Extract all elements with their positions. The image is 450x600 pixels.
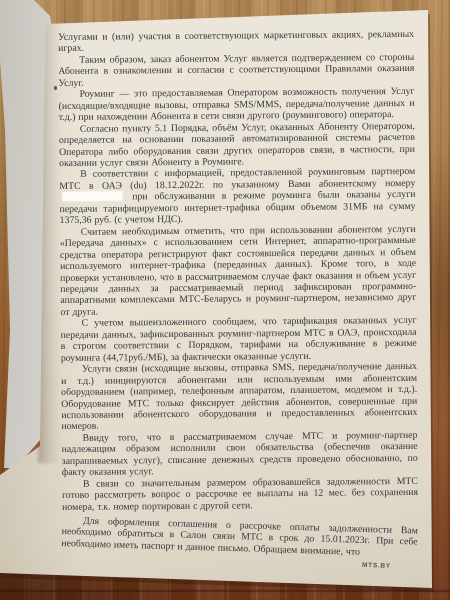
paragraph-5-text-before: В соответствии с информацией, предоставл…: [59, 166, 415, 192]
paragraph-3: Роуминг — это предоставляемая Оператором…: [58, 86, 414, 123]
paragraph-8: Услуги связи (исходящие вызовы, отправка…: [61, 361, 418, 433]
letter-text: Услугами и (или) участия в соответствующ…: [58, 29, 419, 563]
photo-scene: Услугами и (или) участия в соответствующ…: [0, 0, 450, 600]
paragraph-1: Услугами и (или) участия в соответствующ…: [58, 29, 414, 55]
redaction-box: [62, 192, 122, 202]
paragraph-9: Ввиду того, что в рассматриваемом случае…: [61, 430, 417, 479]
paragraph-10: В связи со значительным размером образов…: [62, 476, 418, 513]
paragraph-7: С учетом вышеизложенного сообщаем, что т…: [60, 315, 416, 364]
closing-block: Для оформления соглашения о рассрочке оп…: [61, 515, 418, 573]
paragraph-6: Считаем необходимым отметить, что при ис…: [60, 224, 417, 319]
paragraph-2: Таким образом, заказ абонентом Услуг явл…: [58, 52, 414, 89]
paragraph-4: Согласно пункту 5.1 Порядка, объём Услуг…: [59, 121, 415, 170]
letter-page: Услугами и (или) участия в соответствующ…: [0, 0, 450, 600]
paper-speck: [54, 86, 57, 90]
paragraph-5: В соответствии с информацией, предоставл…: [59, 166, 415, 226]
